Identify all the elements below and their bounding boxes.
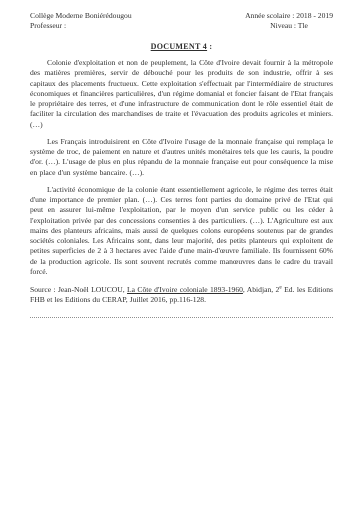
header-left-block: Collège Moderne Boniérédougou Professeur… [30,11,132,31]
body-paragraph-1: Colonie d'exploitation et non de peuplem… [30,58,333,130]
source-citation: Source : Jean-Noël LOUCOU, La Côte d'Ivo… [30,285,333,306]
school-name: Collège Moderne Boniérédougou [30,11,132,21]
document-header: Collège Moderne Boniérédougou Professeur… [30,11,333,31]
source-book-title: La Côte d'Ivoire coloniale 1893-1960 [127,285,243,294]
document-title: DOCUMENT 4 : [30,42,333,51]
body-paragraph-3: L'activité économique de la colonie étan… [30,185,333,277]
source-prefix: Source : Jean-Noël LOUCOU, [30,285,127,294]
document-title-text: DOCUMENT 4 [151,42,207,51]
body-paragraph-2: Les Français introduisirent en Côte d'Iv… [30,137,333,178]
document-page: Collège Moderne Boniérédougou Professeur… [0,0,362,512]
header-right-block: Année scolaire : 2018 - 2019 Niveau : Tl… [245,11,333,31]
dotted-separator-line [30,315,333,318]
level-label: Niveau : Tle [245,21,333,31]
school-year: Année scolaire : 2018 - 2019 [245,11,333,21]
source-middle: , Abidjan, 2 [243,285,279,294]
document-title-colon: : [207,42,212,51]
professor-label: Professeur : [30,21,132,31]
